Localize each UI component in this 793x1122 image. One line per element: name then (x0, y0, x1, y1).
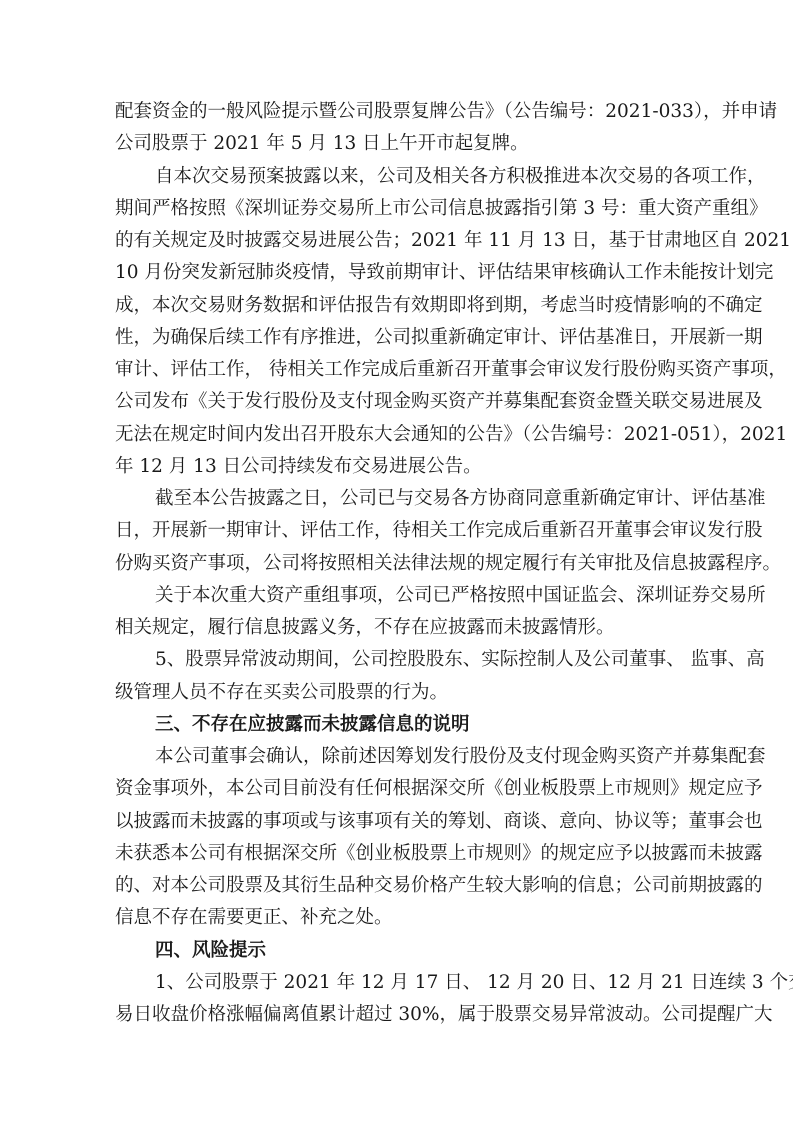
text-line: 期间严格按照《深圳证券交易所上市公司信息披露指引第 3 号：重大资产重组》 (115, 197, 680, 221)
text-line: 易日收盘价格涨幅偏离值累计超过 30%，属于股票交易异常波动。公司提醒广大 (115, 1003, 680, 1027)
text-line: 份购买资产事项，公司将按照相关法律法规的规定履行有关审批及信息披露程序。 (115, 552, 680, 576)
text-line: 相关规定，履行信息披露义务，不存在应披露而未披露情形。 (115, 616, 680, 640)
text-line: 的有关规定及时披露交易进展公告；2021 年 11 月 13 日，基于甘肃地区自… (115, 229, 680, 253)
text-line: 未获悉本公司有根据深交所《创业板股票上市规则》的规定应予以披露而未披露 (115, 842, 680, 866)
text-line: 审计、评估工作， 待相关工作完成后重新召开董事会审议发行股份购买资产事项， (115, 358, 680, 382)
text-line: 关于本次重大资产重组事项，公司已严格按照中国证监会、深圳证券交易所 (155, 584, 680, 608)
text-line: 资金事项外，本公司目前没有任何根据深交所《创业板股票上市规则》规定应予 (115, 777, 680, 801)
text-line: 10 月份突发新冠肺炎疫情，导致前期审计、评估结果审核确认工作未能按计划完 (115, 261, 680, 285)
text-line: 年 12 月 13 日公司持续发布交易进展公告。 (115, 455, 680, 479)
text-line: 信息不存在需要更正、补充之处。 (115, 906, 680, 930)
document-page: 配套资金的一般风险提示暨公司股票复牌公告》（公告编号：2021-033），并申请… (0, 0, 793, 1122)
text-line: 性，为确保后续工作有序推进，公司拟重新确定审计、评估基准日，开展新一期 (115, 326, 680, 350)
text-line: 成，本次交易财务数据和评估报告有效期即将到期，考虑当时疫情影响的不确定 (115, 294, 680, 318)
text-line: 以披露而未披露的事项或与该事项有关的筹划、商谈、意向、协议等；董事会也 (115, 810, 680, 834)
text-line: 无法在规定时间内发出召开股东大会通知的公告》（公告编号：2021-051），20… (115, 423, 680, 447)
text-line: 公司发布《关于发行股份及支付现金购买资产并募集配套资金暨关联交易进展及 (115, 390, 680, 414)
text-line: 的、对本公司股票及其衍生品种交易价格产生较大影响的信息；公司前期披露的 (115, 874, 680, 898)
text-line: 1、公司股票于 2021 年 12 月 17 日、 12 月 20 日、12 月… (155, 971, 680, 995)
text-line: 日，开展新一期审计、评估工作，待相关工作完成后重新召开董事会审议发行股 (115, 519, 680, 543)
text-line: 配套资金的一般风险提示暨公司股票复牌公告》（公告编号：2021-033），并申请 (115, 100, 680, 124)
text-line: 公司股票于 2021 年 5 月 13 日上午开市起复牌。 (115, 132, 680, 156)
text-line: 5、股票异常波动期间，公司控股股东、实际控制人及公司董事、 监事、高 (155, 648, 680, 672)
text-line: 自本次交易预案披露以来，公司及相关各方积极推进本次交易的各项工作， (155, 165, 680, 189)
text-line: 级管理人员不存在买卖公司股票的行为。 (115, 681, 680, 705)
section-heading: 四、风险提示 (155, 939, 680, 963)
text-line: 截至本公告披露之日，公司已与交易各方协商同意重新确定审计、评估基准 (155, 487, 680, 511)
section-heading: 三、不存在应披露而未披露信息的说明 (155, 713, 680, 737)
text-line: 本公司董事会确认，除前述因筹划发行股份及支付现金购买资产并募集配套 (155, 745, 680, 769)
